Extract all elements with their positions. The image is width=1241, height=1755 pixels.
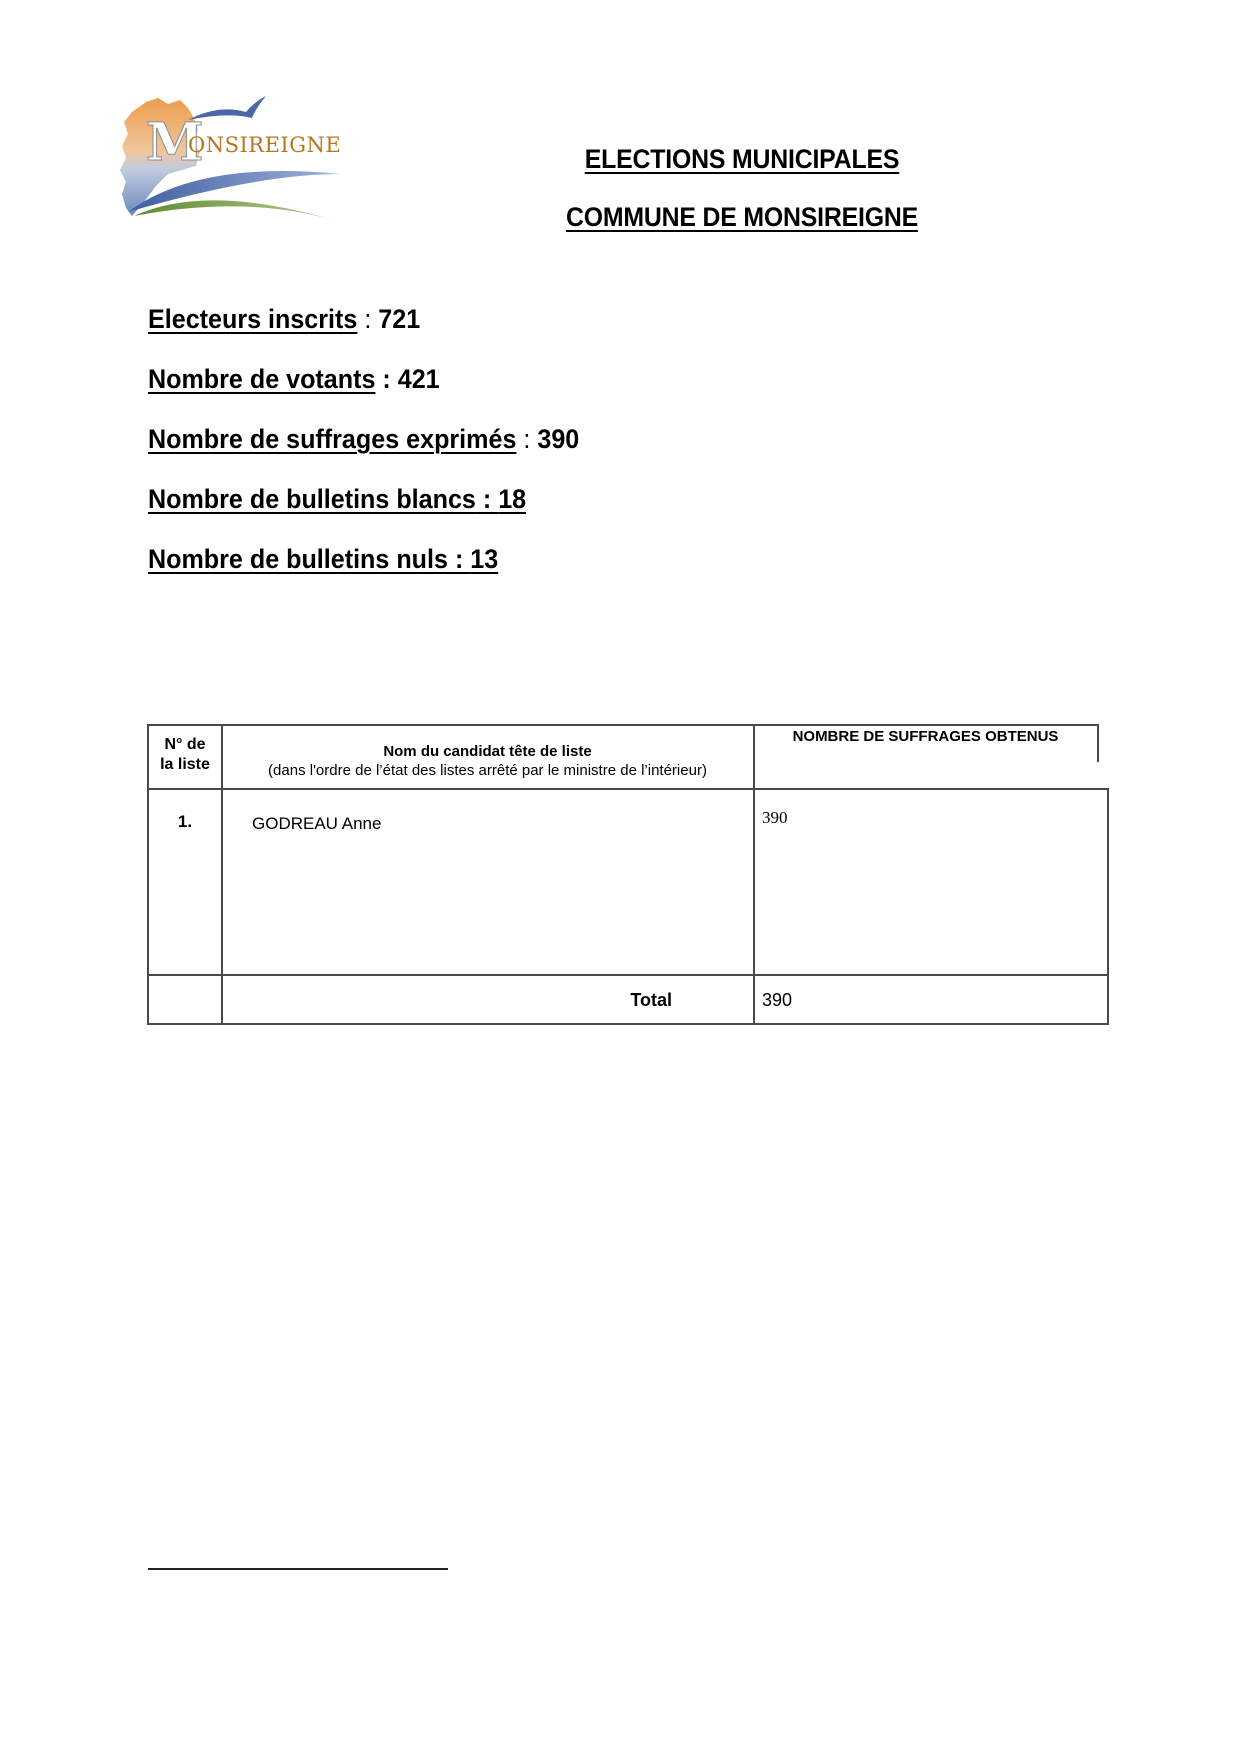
svg-text:ONSIREIGNE: ONSIREIGNE (188, 133, 341, 157)
stat-value: 390 (537, 424, 579, 454)
table-border (147, 974, 1109, 976)
row-votes: 390 (762, 808, 788, 828)
stat-separator: : (516, 424, 537, 454)
header-votes: NOMBRE DE SUFFRAGES OBTENUS (753, 728, 1098, 745)
stat-voters: Nombre de votants : 421 (148, 364, 440, 395)
commune-name: COMMUNE DE MONSIREIGNE (466, 202, 1018, 233)
stat-value: 18 (498, 484, 526, 514)
commune-logo: M ONSIREIGNE (118, 90, 348, 230)
header-candidate-note: (dans l'ordre de l’état des listes arrêt… (222, 761, 753, 780)
stat-label: Nombre de bulletins nuls (148, 544, 448, 574)
stat-expressed-votes: Nombre de suffrages exprimés : 390 (148, 424, 579, 455)
logo-graphic: M ONSIREIGNE (118, 90, 348, 230)
stat-blank-ballots: Nombre de bulletins blancs : 18 (148, 484, 526, 515)
total-label: Total (222, 990, 672, 1011)
table-border (753, 724, 755, 1025)
stat-label: Nombre de suffrages exprimés (148, 424, 516, 454)
document-title: ELECTIONS MUNICIPALES (466, 144, 1018, 175)
stat-label: Nombre de votants (148, 364, 375, 394)
stat-label: Electeurs inscrits (148, 304, 357, 334)
row-candidate-name: GODREAU Anne (252, 814, 381, 834)
table-border (147, 724, 1099, 726)
total-votes: 390 (762, 990, 792, 1011)
header-candidate: Nom du candidat tête de liste (dans l'or… (222, 742, 753, 780)
row-list-number: 1. (148, 812, 222, 832)
stat-separator: : (375, 364, 397, 394)
table-border (147, 1023, 1109, 1025)
stat-null-ballots: Nombre de bulletins nuls : 13 (148, 544, 498, 575)
header-line: la liste (148, 755, 222, 775)
stat-value: 13 (470, 544, 498, 574)
stat-value: 421 (398, 364, 440, 394)
table-border (147, 788, 1109, 790)
stat-separator: : (476, 484, 498, 514)
table-border (1107, 788, 1109, 1025)
stat-label: Nombre de bulletins blancs (148, 484, 476, 514)
stat-separator: : (357, 304, 378, 334)
header-list-number: N° de la liste (148, 735, 222, 775)
footnote-separator (148, 1568, 448, 1570)
header-line: N° de (148, 735, 222, 755)
header-candidate-title: Nom du candidat tête de liste (222, 742, 753, 761)
stat-separator: : (448, 544, 470, 574)
stat-registered-voters: Electeurs inscrits : 721 (148, 304, 420, 335)
stat-value: 721 (378, 304, 420, 334)
